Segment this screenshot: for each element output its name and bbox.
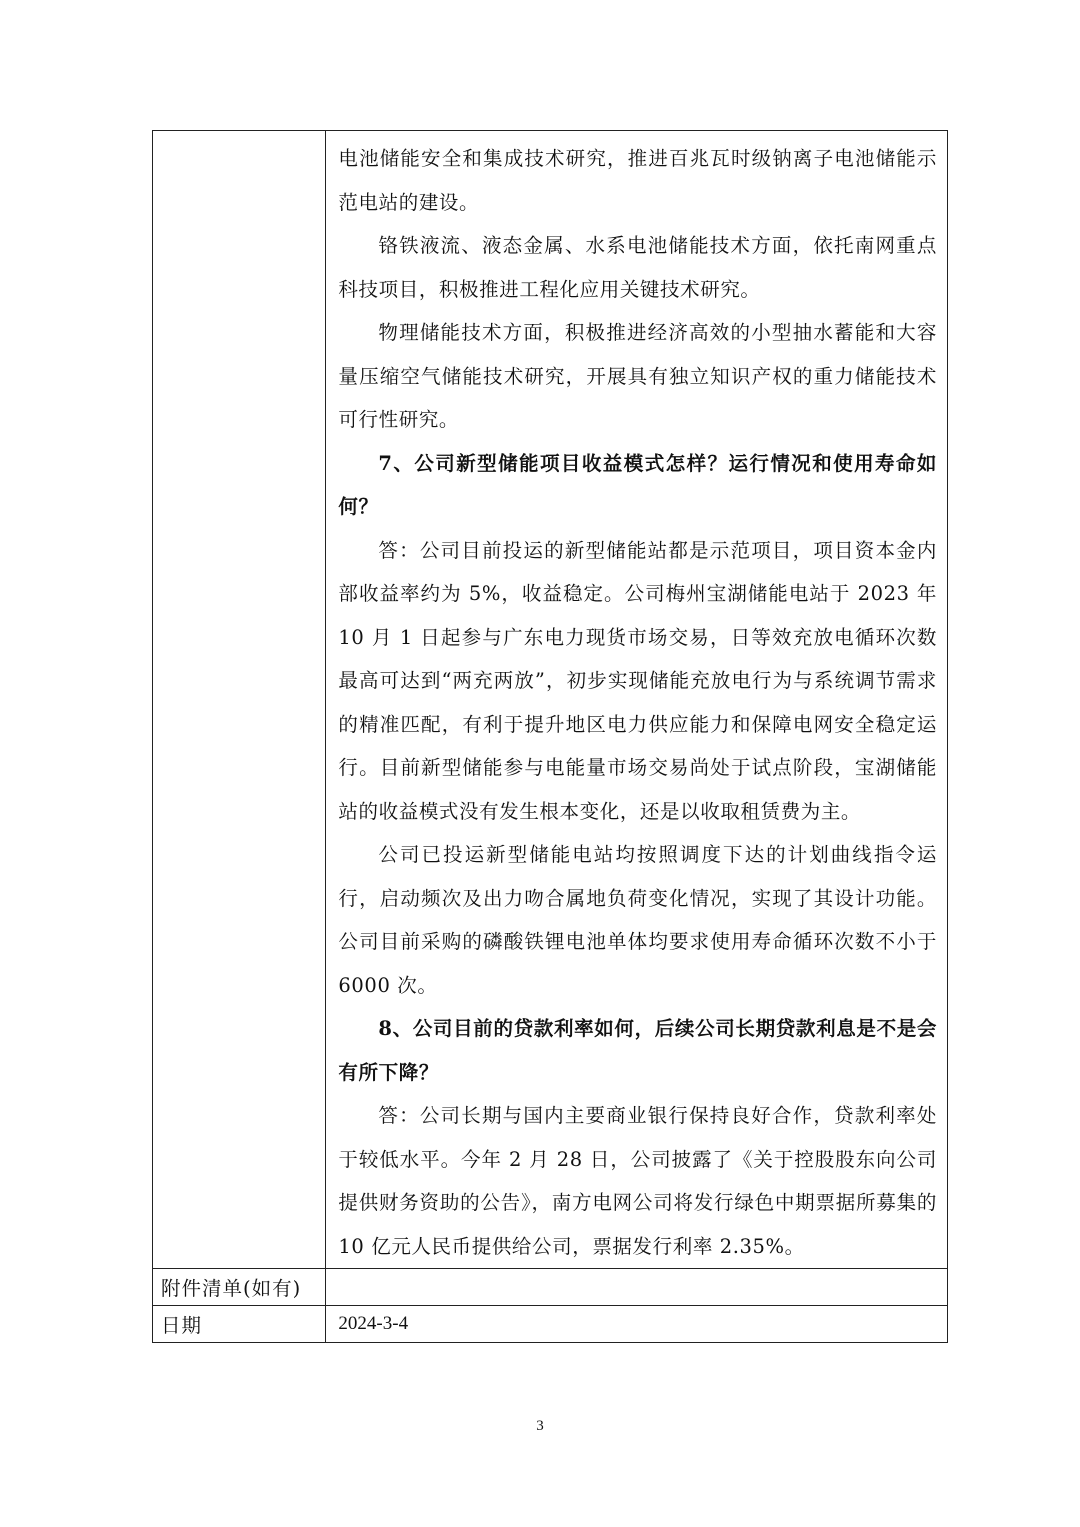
- question-7: 7、公司新型储能项目收益模式怎样？运行情况和使用寿命如何？: [338, 442, 937, 529]
- investor-relations-table: 电池储能安全和集成技术研究，推进百兆瓦时级钠离子电池储能示范电站的建设。 铬铁液…: [152, 130, 948, 1343]
- date-label: 日期: [153, 1306, 326, 1343]
- date-value: 2024-3-4: [326, 1306, 948, 1343]
- answer-7-part-1: 答：公司目前投运的新型储能站都是示范项目，项目资本金内部收益率约为 5%，收益稳…: [338, 529, 937, 834]
- date-row: 日期 2024-3-4: [153, 1306, 948, 1343]
- label-cell-empty: [153, 131, 326, 1269]
- attachments-label: 附件清单(如有): [153, 1269, 326, 1306]
- question-8: 8、公司目前的贷款利率如何，后续公司长期贷款利息是不是会有所下降？: [338, 1007, 937, 1094]
- page-number: 3: [0, 1418, 1080, 1435]
- answer-7-part-2: 公司已投运新型储能电站均按照调度下达的计划曲线指令运行，启动频次及出力吻合属地负…: [338, 833, 937, 1007]
- content-row: 电池储能安全和集成技术研究，推进百兆瓦时级钠离子电池储能示范电站的建设。 铬铁液…: [153, 131, 948, 1269]
- attachments-row: 附件清单(如有): [153, 1269, 948, 1306]
- paragraph-continued: 电池储能安全和集成技术研究，推进百兆瓦时级钠离子电池储能示范电站的建设。: [338, 131, 937, 224]
- content-cell: 电池储能安全和集成技术研究，推进百兆瓦时级钠离子电池储能示范电站的建设。 铬铁液…: [326, 131, 948, 1269]
- attachments-value: [326, 1269, 948, 1306]
- paragraph-physical-storage: 物理储能技术方面，积极推进经济高效的小型抽水蓄能和大容量压缩空气储能技术研究，开…: [338, 311, 937, 442]
- answer-8: 答：公司长期与国内主要商业银行保持良好合作，贷款利率处于较低水平。今年 2 月 …: [338, 1094, 937, 1268]
- paragraph-flow-battery: 铬铁液流、液态金属、水系电池储能技术方面，依托南网重点科技项目，积极推进工程化应…: [338, 224, 937, 311]
